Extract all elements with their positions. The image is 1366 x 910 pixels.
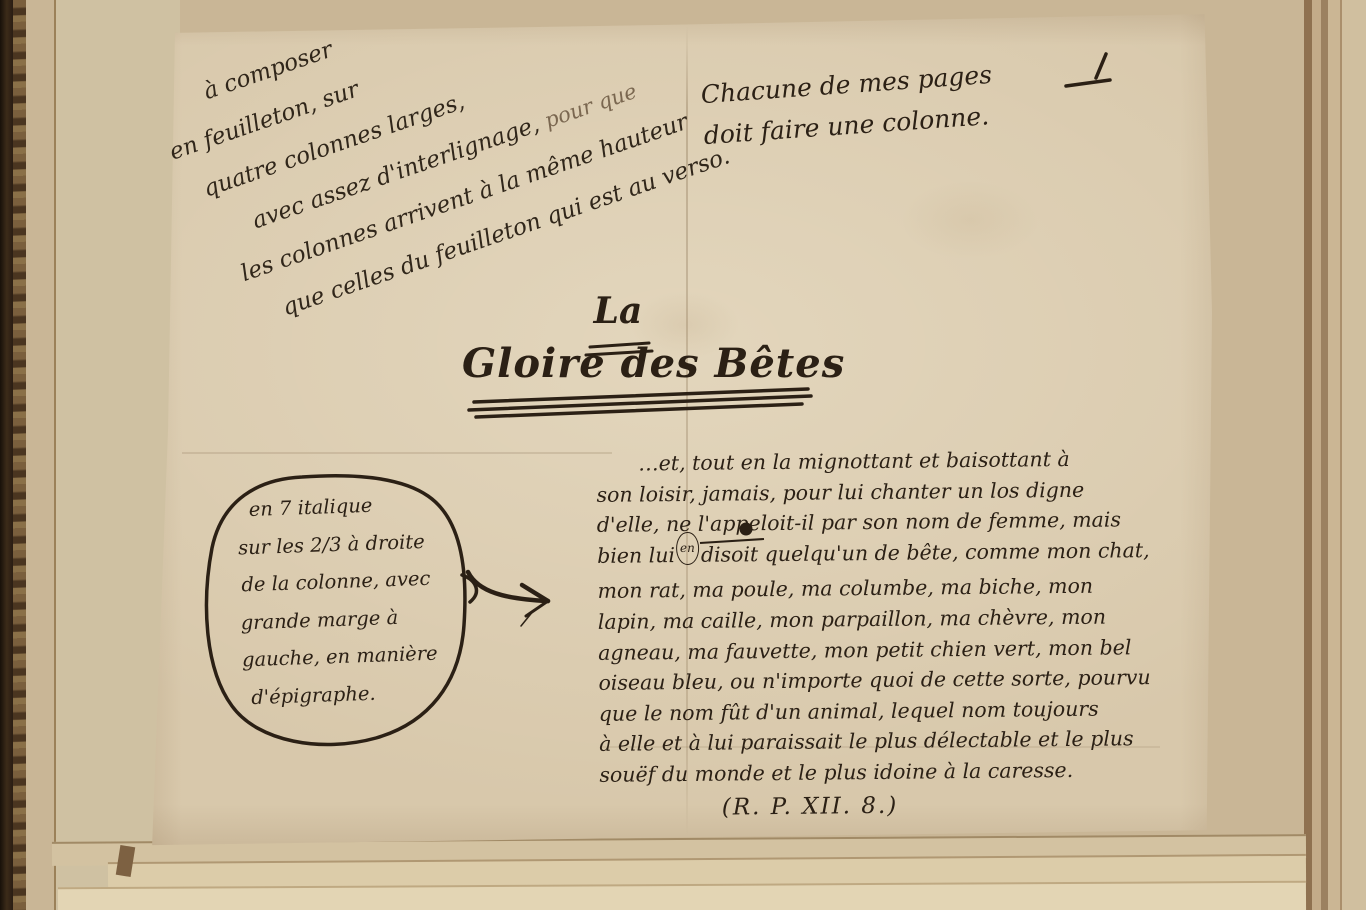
adjacent-page-edge <box>1340 0 1366 910</box>
page-title: Gloire des Bêtes <box>462 340 812 387</box>
quoted-passage: …et, tout en la mignottant et baisottant… <box>596 443 1152 824</box>
epigraph-note: en 7 italique sur les 2/3 à droite de la… <box>236 485 439 717</box>
title-article: La <box>558 290 678 332</box>
spine-frayed-paper <box>13 0 26 910</box>
fold-crease <box>182 452 612 454</box>
body-line: souëf du monde et le plus idoine à la ca… <box>599 754 1152 790</box>
fore-edge-stripe <box>1312 0 1321 910</box>
gutter-page-strip <box>26 0 56 910</box>
interlinear-insertion: en <box>676 532 699 566</box>
fore-edge-stripe <box>1321 0 1328 910</box>
fore-edge-stripe <box>1328 0 1340 910</box>
source-citation: (R. P. XII. 8.) <box>600 788 1153 824</box>
note-line: d'épigraphe. <box>243 672 440 716</box>
body-line-text: disoit quelqu'un de bête, comme mon chat… <box>701 538 1150 567</box>
note-line: gauche, en manière <box>241 635 438 679</box>
paper-stain <box>900 180 1040 260</box>
body-line-text: bien lui <box>597 543 675 568</box>
manuscript-photograph: à composer en feuilleton, sur quatre col… <box>0 0 1366 910</box>
body-line: bien luiendisoit quelqu'un de bête, comm… <box>597 535 1150 576</box>
note-line: de la colonne, avec <box>239 560 436 604</box>
fore-edge-stripe <box>1304 0 1312 910</box>
